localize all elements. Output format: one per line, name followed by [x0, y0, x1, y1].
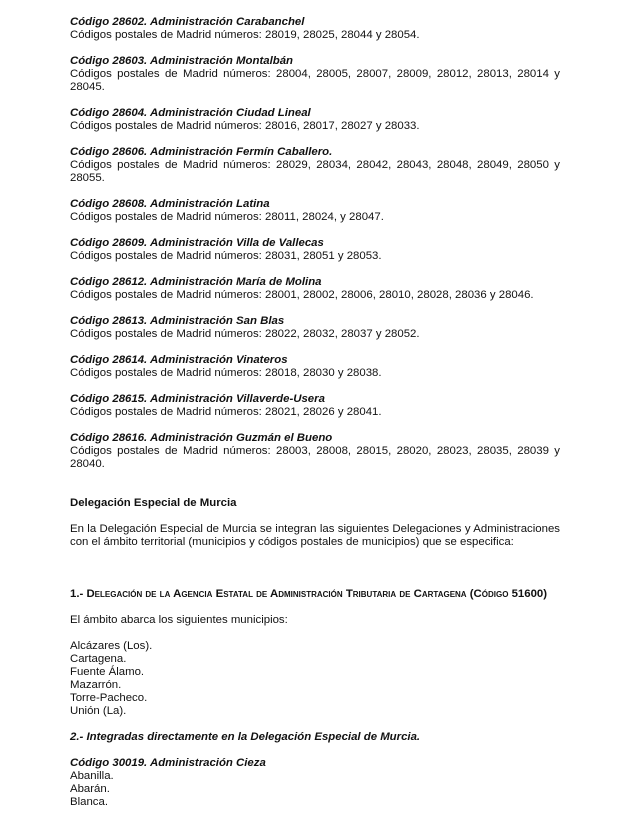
administration-entry: Código 28609. Administración Villa de Va… [70, 237, 560, 263]
administration-title: Código 28609. Administración Villa de Va… [70, 237, 560, 250]
municipio-item: Mazarrón. [70, 679, 560, 692]
document-page: Código 28602. Administración Carabanchel… [0, 0, 642, 809]
municipio-item: Blanca. [70, 796, 560, 809]
administration-title: Código 28602. Administración Carabanchel [70, 16, 560, 29]
administration-entry: Código 28608. Administración LatinaCódig… [70, 198, 560, 224]
municipio-item: Cartagena. [70, 653, 560, 666]
murcia-heading: Delegación Especial de Murcia [70, 497, 560, 510]
postal-codes-text: Códigos postales de Madrid números: 2800… [70, 445, 560, 471]
postal-codes-text: Códigos postales de Madrid números: 2801… [70, 211, 560, 224]
municipio-item: Fuente Álamo. [70, 666, 560, 679]
madrid-administrations-list: Código 28602. Administración Carabanchel… [70, 16, 560, 471]
cartagena-municipios-list: Alcázares (Los).Cartagena.Fuente Álamo.M… [70, 640, 560, 718]
administration-entry: Código 28602. Administración Carabanchel… [70, 16, 560, 42]
murcia-intro: En la Delegación Especial de Murcia se i… [70, 523, 560, 549]
postal-codes-text: Códigos postales de Madrid números: 2801… [70, 367, 560, 380]
cieza-title: Código 30019. Administración Cieza [70, 757, 560, 770]
administration-entry: Código 28612. Administración María de Mo… [70, 276, 560, 302]
administration-entry: Código 28615. Administración Villaverde-… [70, 393, 560, 419]
administration-entry: Código 28604. Administración Ciudad Line… [70, 107, 560, 133]
cartagena-heading: 1.- Delegación de la Agencia Estatal de … [70, 588, 560, 601]
administration-title: Código 28608. Administración Latina [70, 198, 560, 211]
postal-codes-text: Códigos postales de Madrid números: 2801… [70, 29, 560, 42]
administration-entry: Código 28614. Administración VinaterosCó… [70, 354, 560, 380]
administration-title: Código 28614. Administración Vinateros [70, 354, 560, 367]
postal-codes-text: Códigos postales de Madrid números: 2802… [70, 159, 560, 185]
administration-entry: Código 28613. Administración San BlasCód… [70, 315, 560, 341]
postal-codes-text: Códigos postales de Madrid números: 2800… [70, 68, 560, 94]
administration-title: Código 28606. Administración Fermín Caba… [70, 146, 560, 159]
postal-codes-text: Códigos postales de Madrid números: 2802… [70, 328, 560, 341]
administration-entry: Código 28606. Administración Fermín Caba… [70, 146, 560, 185]
postal-codes-text: Códigos postales de Madrid números: 2802… [70, 406, 560, 419]
cieza-municipios-list: Abanilla.Abarán.Blanca. [70, 770, 560, 809]
section2-heading: 2.- Integradas directamente en la Delega… [70, 731, 560, 744]
municipio-item: Torre-Pacheco. [70, 692, 560, 705]
administration-entry: Código 28603. Administración MontalbánCó… [70, 55, 560, 94]
municipio-item: Abanilla. [70, 770, 560, 783]
cartagena-lead: El ámbito abarca los siguientes municipi… [70, 614, 560, 627]
administration-title: Código 28603. Administración Montalbán [70, 55, 560, 68]
municipio-item: Alcázares (Los). [70, 640, 560, 653]
municipio-item: Abarán. [70, 783, 560, 796]
administration-title: Código 28613. Administración San Blas [70, 315, 560, 328]
administration-title: Código 28612. Administración María de Mo… [70, 276, 560, 289]
administration-title: Código 28616. Administración Guzmán el B… [70, 432, 560, 445]
postal-codes-text: Códigos postales de Madrid números: 2800… [70, 289, 560, 302]
administration-title: Código 28615. Administración Villaverde-… [70, 393, 560, 406]
administration-title: Código 28604. Administración Ciudad Line… [70, 107, 560, 120]
postal-codes-text: Códigos postales de Madrid números: 2801… [70, 120, 560, 133]
postal-codes-text: Códigos postales de Madrid números: 2803… [70, 250, 560, 263]
municipio-item: Unión (La). [70, 705, 560, 718]
administration-entry: Código 28616. Administración Guzmán el B… [70, 432, 560, 471]
